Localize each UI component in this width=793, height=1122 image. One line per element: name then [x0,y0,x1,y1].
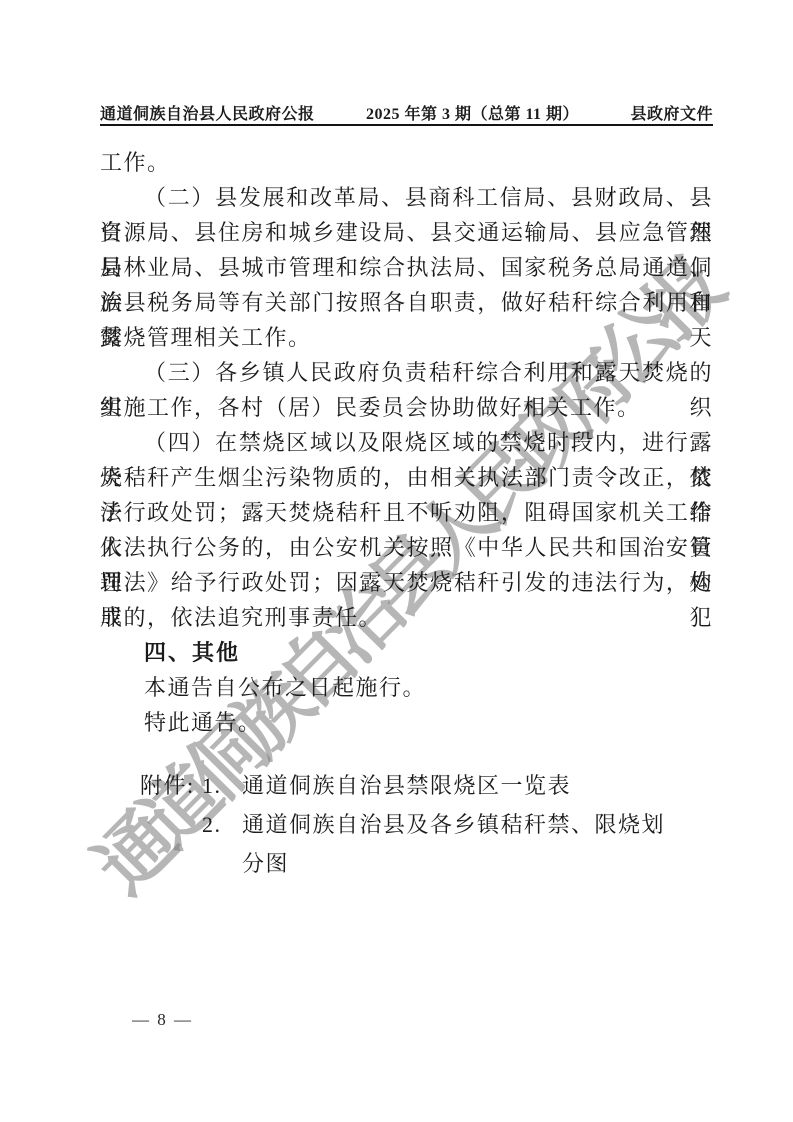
body-line: （二）县发展和改革局、县商科工信局、县财政局、县自然 [100,180,713,215]
page-content: 通道侗族自治县人民政府公报 2025 年第 3 期（总第 11 期） 县政府文件… [0,0,793,1122]
header-issue-info: 2025 年第 3 期（总第 11 期） [366,101,579,124]
body-line: 依法执行公务的，由公安机关按照《中华人民共和国治安管理处 [100,530,713,565]
page-footer: — 8 — [132,1010,193,1030]
attachment-item-title-wrap: 分图 [242,851,289,876]
section-heading: 四、其他 [100,635,713,670]
body-line: 治县税务局等有关部门按照各自职责，做好秸秆综合利用和露天 [100,285,713,320]
body-line: 予行政处罚；露天焚烧秸秆且不听劝阻，阻碍国家机关工作人员 [100,495,713,530]
attachment-item-title: 通道侗族自治县禁限烧区一览表 [242,773,571,798]
attachment-list: 附件:1.通道侗族自治县禁限烧区一览表 2.通道侗族自治县及各乡镇秸秆禁、限烧划… [100,766,713,883]
page-header: 通道侗族自治县人民政府公报 2025 年第 3 期（总第 11 期） 县政府文件 [100,101,713,124]
body-text: 工作。 （二）县发展和改革局、县商科工信局、县财政局、县自然 资源局、县住房和城… [100,145,713,740]
attachment-item: 附件:1.通道侗族自治县禁限烧区一览表 [100,766,713,805]
body-line: 县林业局、县城市管理和综合执法局、国家税务总局通道侗族自 [100,250,713,285]
body-line: 资源局、县住房和城乡建设局、县交通运输局、县应急管理局、 [100,215,713,250]
attachment-label: 附件: [140,766,202,805]
header-section-label: 县政府文件 [630,101,713,124]
header-publication-title: 通道侗族自治县人民政府公报 [100,101,315,124]
body-line: （四）在禁烧区域以及限烧区域的禁烧时段内，进行露天焚 [100,425,713,460]
header-rule [100,124,713,126]
document-page: 通道侗族自治县人民政府公报 通道侗族自治县人民政府公报 2025 年第 3 期（… [0,0,793,1122]
body-line: 烧秸秆产生烟尘污染物质的，由相关执法部门责令改正，依法给 [100,460,713,495]
body-line: 本通告自公布之日起施行。 [100,670,713,705]
attachment-item-number: 1. [202,766,242,805]
attachment-item-title: 通道侗族自治县及各乡镇秸秆禁、限烧划 [242,812,665,837]
body-line: 工作。 [100,145,713,180]
body-line: 罚法》给予行政处罚；因露天焚烧秸秆引发的违法行为，构成犯 [100,565,713,600]
page-number: — 8 — [132,1010,193,1029]
attachment-item: 2.通道侗族自治县及各乡镇秸秆禁、限烧划 [100,805,713,844]
body-line: 实施工作，各村（居）民委员会协助做好相关工作。 [100,390,713,425]
attachment-item-continuation: 分图 [100,844,713,883]
attachment-item-number: 2. [202,805,242,844]
body-line: （三）各乡镇人民政府负责秸秆综合利用和露天焚烧的组织 [100,355,713,390]
body-line: 特此通告。 [100,705,713,740]
